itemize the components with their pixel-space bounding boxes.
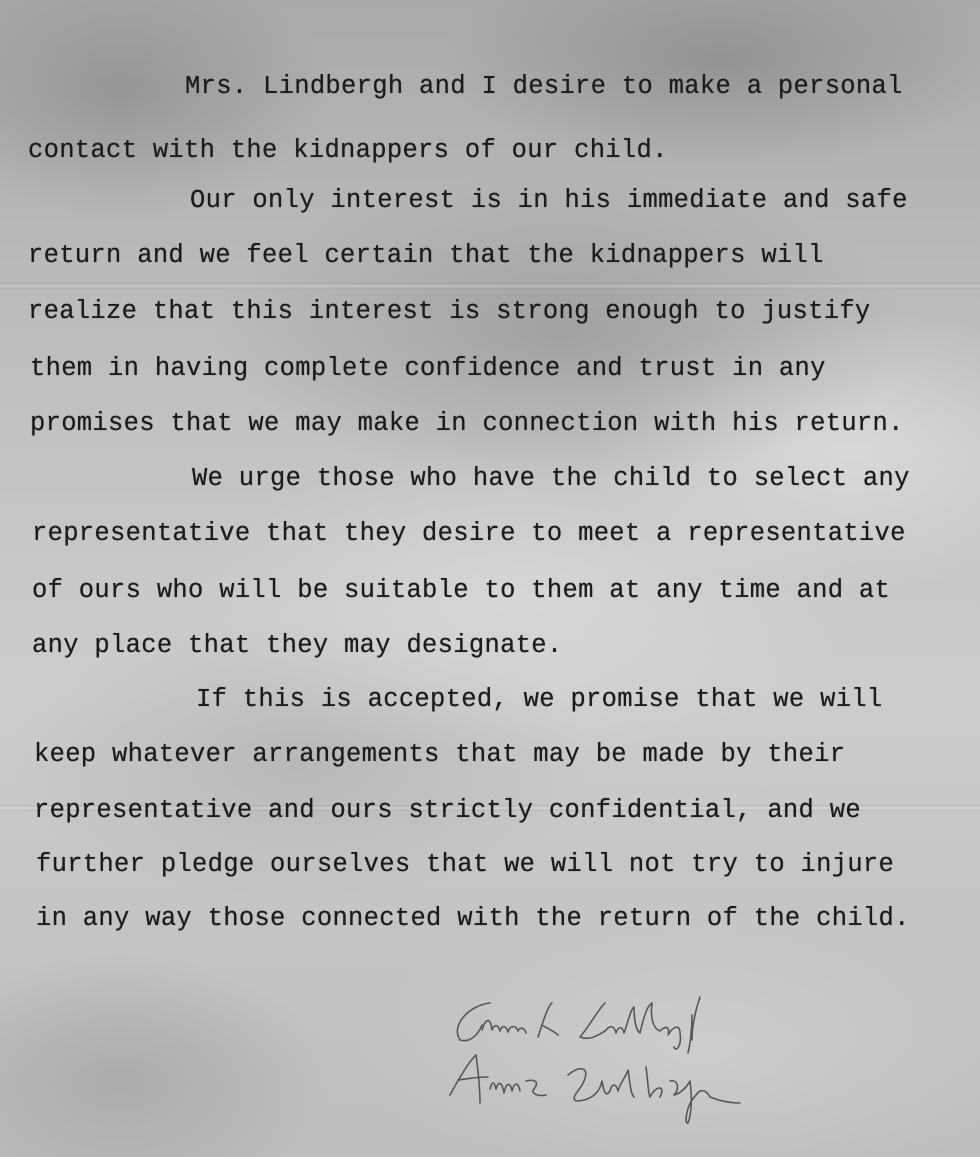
- text-line: realize that this interest is strong eno…: [28, 297, 871, 326]
- handwritten-signatures: [430, 985, 830, 1135]
- text-line: any place that they may designate.: [32, 631, 562, 660]
- signature-anne: [450, 1055, 740, 1123]
- text-line: of ours who will be suitable to them at …: [32, 576, 890, 605]
- text-line: representative that they desire to meet …: [32, 519, 906, 548]
- text-line: keep whatever arrangements that may be m…: [34, 740, 845, 769]
- text-line: promises that we may make in connection …: [30, 409, 904, 438]
- signature-block: Charles A. Lindbergh Anne Lindbergh: [430, 985, 830, 1135]
- text-line: return and we feel certain that the kidn…: [28, 241, 824, 270]
- text-line: them in having complete confidence and t…: [30, 354, 826, 383]
- signature-charles: [457, 997, 700, 1053]
- text-line: If this is accepted, we promise that we …: [196, 685, 883, 714]
- text-line: Mrs. Lindbergh and I desire to make a pe…: [185, 72, 903, 101]
- text-line: in any way those connected with the retu…: [36, 904, 910, 933]
- text-line: further pledge ourselves that we will no…: [36, 850, 894, 879]
- text-line: Our only interest is in his immediate an…: [190, 186, 908, 215]
- text-line: We urge those who have the child to sele…: [192, 464, 910, 493]
- text-line: contact with the kidnappers of our child…: [28, 136, 668, 165]
- paper-fold-crease: [0, 283, 980, 289]
- text-line: representative and ours strictly confide…: [34, 796, 861, 825]
